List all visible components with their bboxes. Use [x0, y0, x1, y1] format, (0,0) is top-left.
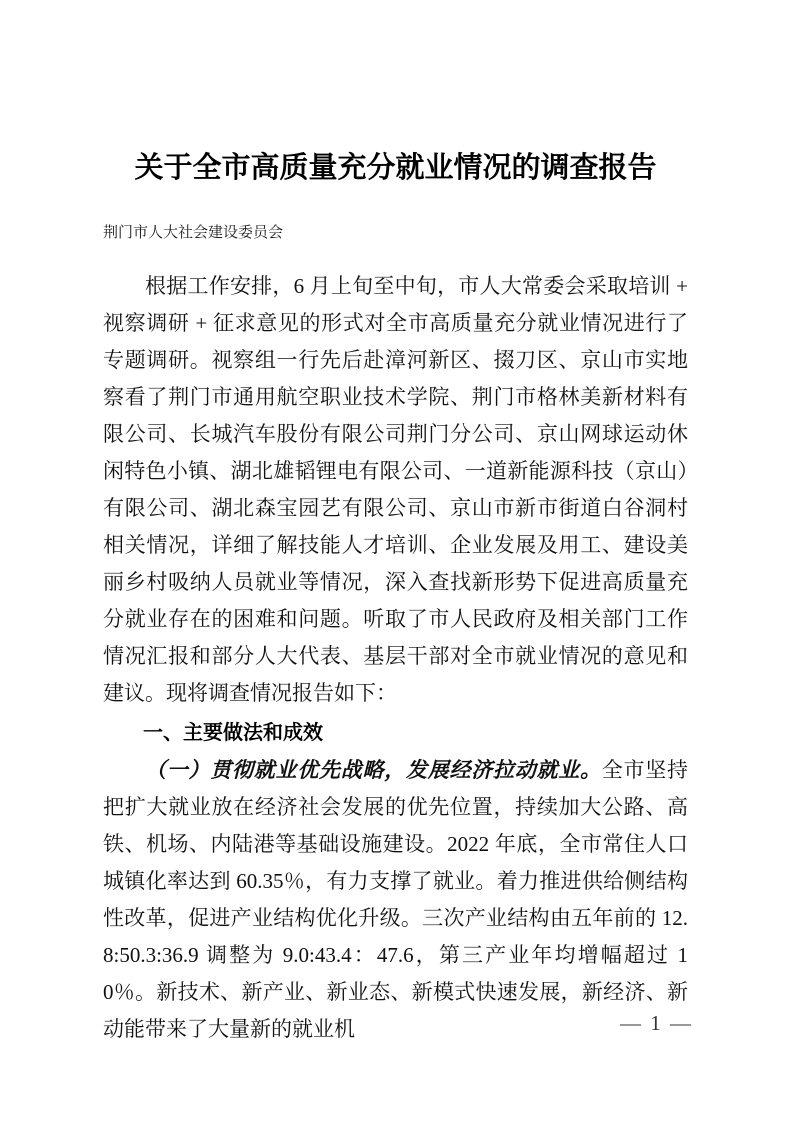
- page-number: — 1 —: [620, 1008, 693, 1038]
- paragraph-lead: （一）贯彻就业优先战略，发展经济拉动就业。: [145, 758, 602, 782]
- document-title: 关于全市高质量充分就业情况的调查报告: [103, 146, 688, 190]
- paragraph-section-1-1: （一）贯彻就业优先战略，发展经济拉动就业。全市坚持把扩大就业放在经济社会发展的优…: [103, 752, 688, 1048]
- author-line: 荆门市人大社会建设委员会: [103, 222, 688, 244]
- paragraph-intro: 根据工作安排，6 月上旬至中旬，市人大常委会采取培训 + 视察调研 + 征求意见…: [103, 268, 688, 712]
- section-heading-1: 一、主要做法和成效: [103, 715, 688, 752]
- paragraph-body-text: 全市坚持把扩大就业放在经济社会发展的优先位置，持续加大公路、高铁、机场、内陆港等…: [103, 758, 688, 1041]
- document-page: 关于全市高质量充分就业情况的调查报告 荆门市人大社会建设委员会 根据工作安排，6…: [0, 0, 793, 1122]
